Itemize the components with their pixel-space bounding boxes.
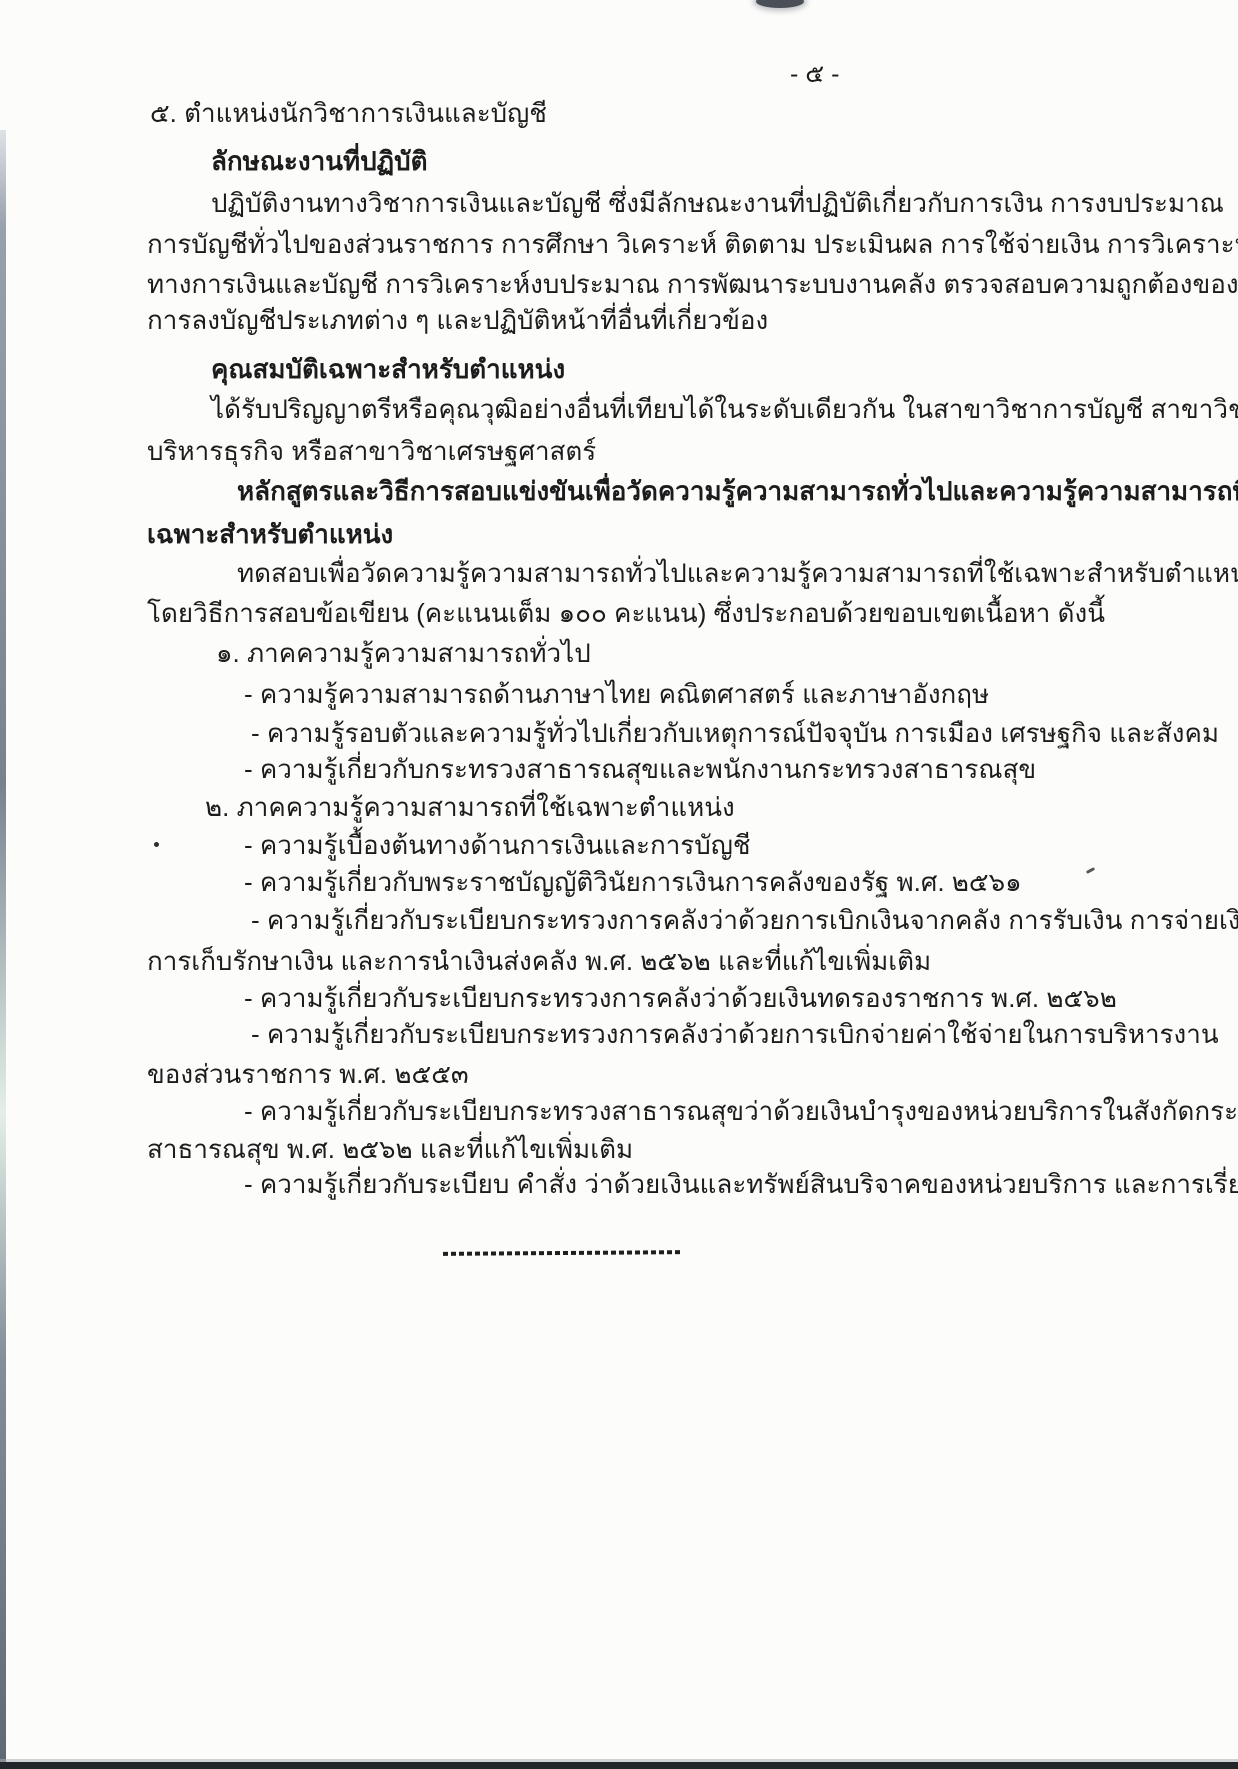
exam-intro-line: ทดสอบเพื่อวัดความรู้ความสามารถทั่วไปและค… — [237, 556, 1238, 590]
scan-artifact-dot — [154, 842, 159, 847]
qualification-line: ได้รับปริญญาตรีหรือคุณวุฒิอย่างอื่นที่เท… — [211, 392, 1238, 426]
job-description-line: ทางการเงินและบัญชี การวิเคราะห์งบประมาณ … — [147, 267, 1238, 301]
section-heading-exam-line1: หลักสูตรและวิธีการสอบแข่งขันเพื่อวัดความ… — [237, 474, 1238, 508]
exam-part2-line: ของส่วนราชการ พ.ศ. ๒๕๕๓ — [147, 1057, 469, 1091]
scan-edge-bottom — [0, 1762, 1238, 1769]
page-number: - ๕ - — [790, 57, 839, 91]
job-description-line: การลงบัญชีประเภทต่าง ๆ และปฏิบัติหน้าที่… — [147, 303, 768, 337]
scan-edge-left — [0, 130, 6, 1769]
exam-part1-item: - ความรู้เกี่ยวกับกระทรวงสาธารณสุขและพนั… — [244, 752, 1036, 786]
position-title: ๕. ตำแหน่งนักวิชาการเงินและบัญชี — [150, 96, 547, 130]
exam-part2-line: - ความรู้เกี่ยวกับระเบียบกระทรวงการคลังว… — [251, 1017, 1219, 1051]
dashed-divider — [443, 1250, 683, 1256]
section-heading-job-description: ลักษณะงานที่ปฏิบัติ — [211, 144, 427, 178]
job-description-line: การบัญชีทั่วไปของส่วนราชการ การศึกษา วิเ… — [147, 227, 1238, 261]
exam-part2-line: การเก็บรักษาเงิน และการนำเงินส่งคลัง พ.ศ… — [147, 944, 931, 978]
exam-part2-line: - ความรู้เกี่ยวกับระเบียบกระทรวงสาธารณสุ… — [244, 1094, 1238, 1128]
exam-part1-heading: ๑. ภาคความรู้ความสามารถทั่วไป — [216, 636, 591, 670]
exam-part2-line: - ความรู้เกี่ยวกับระเบียบกระทรวงการคลังว… — [244, 981, 1117, 1015]
section-heading-qualifications: คุณสมบัติเฉพาะสำหรับตำแหน่ง — [211, 352, 565, 386]
scan-artifact-tick — [1086, 867, 1095, 874]
qualification-line: บริหารธุรกิจ หรือสาขาวิชาเศรษฐศาสตร์ — [147, 434, 596, 468]
exam-part1-item: - ความรู้ความสามารถด้านภาษาไทย คณิตศาสตร… — [244, 677, 989, 711]
exam-part2-line: - ความรู้เกี่ยวกับระเบียบ คำสั่ง ว่าด้วย… — [244, 1167, 1238, 1201]
exam-part2-line: - ความรู้เกี่ยวกับพระราชบัญญัติวินัยการเ… — [244, 865, 1022, 899]
exam-part2-line: สาธารณสุข พ.ศ. ๒๕๖๒ และที่แก้ไขเพิ่มเติม — [147, 1132, 633, 1166]
scanned-document-page: - ๕ - ๕. ตำแหน่งนักวิชาการเงินและบัญชี ล… — [0, 0, 1238, 1769]
section-heading-exam-line2: เฉพาะสำหรับตำแหน่ง — [147, 517, 393, 551]
exam-intro-line: โดยวิธีการสอบข้อเขียน (คะแนนเต็ม ๑๐๐ คะแ… — [147, 596, 1105, 630]
job-description-line: ปฏิบัติงานทางวิชาการเงินและบัญชี ซึ่งมีล… — [211, 186, 1224, 220]
exam-part1-item: - ความรู้รอบตัวและความรู้ทั่วไปเกี่ยวกับ… — [251, 716, 1219, 750]
exam-part2-line: - ความรู้เบื้องต้นทางด้านการเงินและการบั… — [244, 828, 751, 862]
scan-artifact-top-smudge — [756, 0, 804, 8]
exam-part2-heading: ๒. ภาคความรู้ความสามารถที่ใช้เฉพาะตำแหน่… — [205, 790, 735, 824]
exam-part2-line: - ความรู้เกี่ยวกับระเบียบกระทรวงการคลังว… — [251, 903, 1238, 937]
